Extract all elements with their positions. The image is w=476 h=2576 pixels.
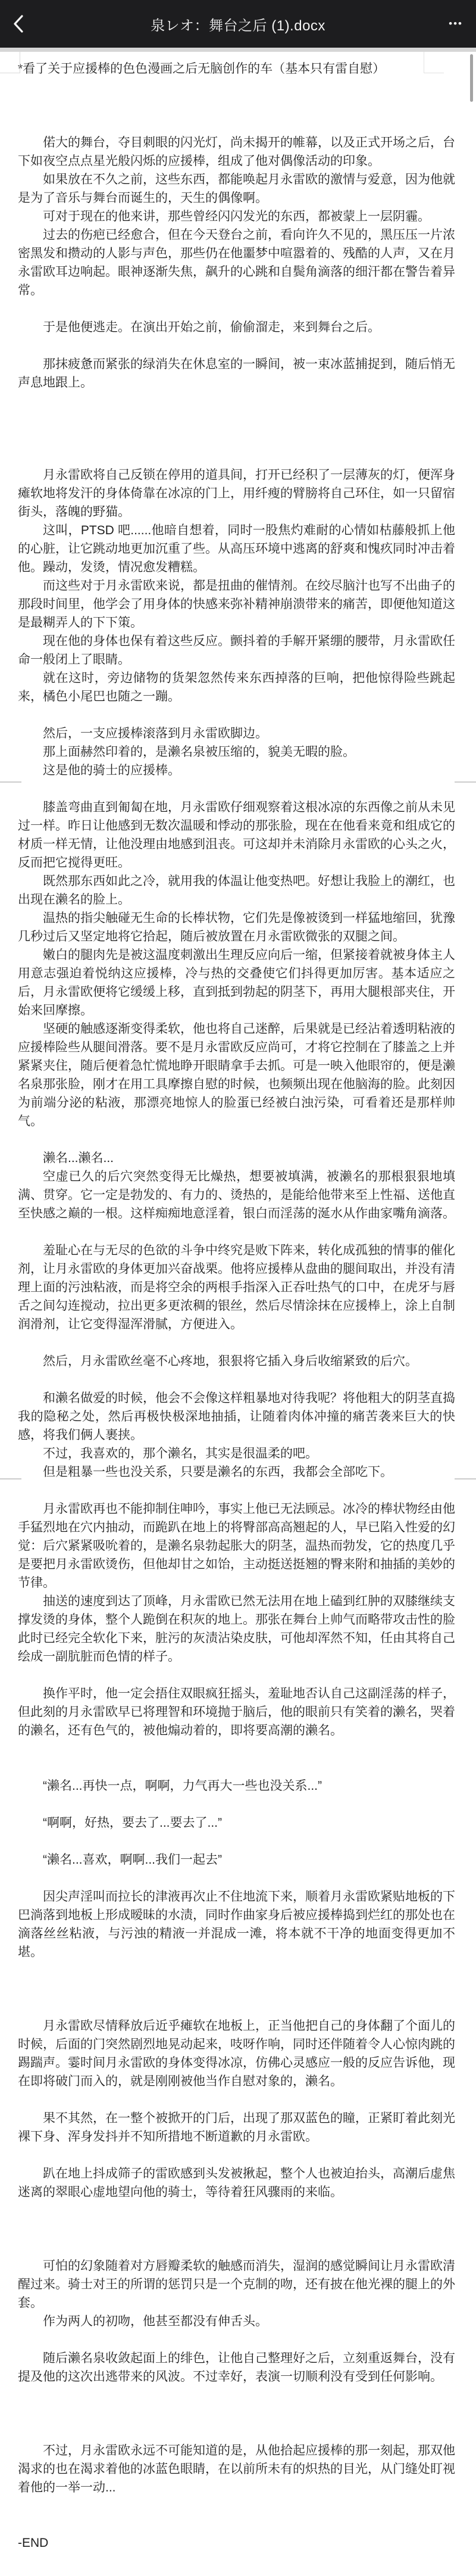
paragraph: 坚硬的触感逐渐变得柔软，他也将自己迷醉，后果就是已经沾着透明粘液的应援棒险些从腿…: [18, 1020, 455, 1130]
paragraph: 和濑名做爱的时候，他会不会像这样粗暴地对待我呢？将他粗大的阴茎直捣我的隐秘之处，…: [18, 1389, 455, 1444]
paragraph: 趴在地上抖成筛子的雷欧感到头发被揪起，整个人也被迫抬头，高潮后虚焦迷离的翠眼心虚…: [18, 2164, 455, 2201]
back-button[interactable]: [13, 11, 39, 37]
paragraph: 月永雷欧再也不能抑制住呻吟，事实上他已无法顾忌。冰冷的棒状物经由他手猛烈地在穴内…: [18, 1500, 455, 1592]
paragraph: “濑名...再快一点，啊啊，力气再大一些也没关系...”: [18, 1777, 455, 1795]
paragraph: 这是他的骑士的应援棒。: [18, 761, 455, 780]
paragraph: “啊啊，好热，要去了...要去了...”: [18, 1814, 455, 1832]
paragraph: 可对于现在的他来讲，那些曾经闪闪发光的东西，都被蒙上一层阴霾。: [18, 207, 455, 226]
paragraph: 抽送的速度到达了顶峰，月永雷欧已然无法用在地上磕到红肿的双膝继续支撑发烫的身体，…: [18, 1592, 455, 1666]
paragraph: 那上面赫然印着的，是濑名泉被压缩的，貌美无暇的脸。: [18, 743, 455, 761]
paragraph: 而这些对于月永雷欧来说，都是扭曲的催情剂。在绞尽脑汁也写不出曲子的那段时间里，他…: [18, 577, 455, 632]
paragraph: 因尖声淫叫而拉长的津液再次止不住地流下来，顺着月永雷欧紧贴地板的下巴淌落到地板上…: [18, 1887, 455, 1961]
page-gap-strip: [0, 48, 476, 52]
paragraph: 作为两人的初吻，他甚至都没有伸舌头。: [18, 2312, 455, 2331]
paragraph: 濑名...濑名...: [18, 1149, 455, 1167]
paragraph: 换作平时，他一定会捂住双眼疯狂摇头，羞耻地否认自己这副淫荡的样子，但此刻的月永雷…: [18, 1684, 455, 1740]
paragraph: 羞耻心在与无尽的色欲的斗争中终究是败下阵来，转化成孤独的情事的催化剂，让月永雷欧…: [18, 1241, 455, 1334]
document-page: *看了关于应援棒的色色漫画之后无脑创作的车（基本只有雷自慰）偌大的舞台，夺目刺眼…: [0, 52, 476, 2576]
paragraph: 月永雷欧尽情释放后近乎瘫软在地板上，正当他把自己的身体翻了个面儿的时候，后面的门…: [18, 2017, 455, 2091]
paragraph: 膝盖弯曲直到匍匐在地，月永雷欧仔细观察着这根冰凉的东西像之前从未见过一样。昨日让…: [18, 798, 455, 872]
paragraph: 就在这时，旁边储物的货架忽然传来东西掉落的巨响，把他惊得险些跳起来，橘色小尾巴也…: [18, 669, 455, 706]
paragraph: 现在他的身体也保有着这些反应。颤抖着的手解开紧绷的腰带，月永雷欧任命一般闭上了眼…: [18, 632, 455, 669]
back-chevron-icon: [13, 14, 24, 33]
paragraph: 那抹疲惫而紧张的绿消失在休息室的一瞬间，被一束冰蓝捕捉到，随后悄无声息地跟上。: [18, 355, 455, 392]
paragraph: *看了关于应援棒的色色漫画之后无脑创作的车（基本只有雷自慰）: [18, 60, 455, 78]
paragraph: 果不其然，在一整个被掀开的门后，出现了那双蓝色的瞳，正紧盯着此刻光裸下身、浑身发…: [18, 2109, 455, 2146]
paragraph: 于是他便逃走。在演出开始之前，偷偷溜走，来到舞台之后。: [18, 318, 455, 337]
paragraph: 月永雷欧将自己反锁在停用的道具间，打开已经积了一层薄灰的灯，便浑身瘫软地将发汗的…: [18, 466, 455, 521]
paragraph: 这叫，PTSD 吧......他暗自想着，同时一股焦灼难耐的心情如枯藤般抓上他的…: [18, 521, 455, 577]
paragraph: 然后，月永雷欧丝毫不心疼地，狠狠将它插入身后收缩紧致的后穴。: [18, 1352, 455, 1370]
paragraph: “濑名...喜欢，啊啊...我们一起去”: [18, 1851, 455, 1869]
paragraph: 如果放在不久之前，这些东西，都能唤起月永雷欧的激情与爱意，因为他就是为了音乐与舞…: [18, 170, 455, 207]
more-options-button[interactable]: •••: [437, 18, 463, 30]
paragraph: 过去的伤疤已经愈合，但在今天登台之前，看向许久不见的，黑压压一片浓密黑发和攒动的…: [18, 226, 455, 300]
document-title: 泉レオ：舞台之后 (1).docx: [59, 14, 416, 35]
paragraph: 可怕的幻象随着对方唇瓣柔软的触感而消失，湿润的感觉瞬间让月永雷欧清醒过来。骑士对…: [18, 2257, 455, 2312]
paragraph: 但是粗暴一些也没关系，只要是濑名的东西，我都会全部吃下。: [18, 1463, 455, 1481]
paragraph: 偌大的舞台，夺目刺眼的闪光灯，尚未揭开的帷幕，以及正式开场之后，台下如夜空点点星…: [18, 133, 455, 170]
paragraph: 空虚已久的后穴突然变得无比燥热，想要被填满，被濑名的那根狠狠地填满、贯穿。它一定…: [18, 1167, 455, 1223]
scrollbar-thumb[interactable]: [470, 54, 473, 102]
paragraph: 温热的指尖触碰无生命的长棒状物，它们先是像被烫到一样猛地缩回，犹豫几秒过后又坚定…: [18, 909, 455, 946]
paragraph: 随后濑名泉收敛起面上的绯色，让他自己整理好之后，立刻重返舞台，没有提及他的这次出…: [18, 2349, 455, 2386]
paragraph: 既然那东西如此之冷，就用我的体温让他变热吧。好想让我脸上的潮红，也出现在濑名的脸…: [18, 872, 455, 909]
paragraph: 嫩白的腿肉先是被这温度刺激出生理反应向后一缩，但紧接着就被身体主人用意志强迫着悦…: [18, 946, 455, 1020]
paragraph: 然后，一支应援棒滚落到月永雷欧脚边。: [18, 724, 455, 743]
paragraph: -END: [18, 2534, 455, 2552]
document-body: *看了关于应援棒的色色漫画之后无脑创作的车（基本只有雷自慰）偌大的舞台，夺目刺眼…: [0, 52, 476, 2576]
paragraph: 不过，月永雷欧永远不可能知道的是，从他拾起应援棒的那一刻起，那双他渴求的也在渴求…: [18, 2441, 455, 2497]
paragraph: 不过，我喜欢的，那个濑名，其实是很温柔的吧。: [18, 1444, 455, 1463]
title-bar: 泉レオ：舞台之后 (1).docx •••: [0, 0, 476, 48]
